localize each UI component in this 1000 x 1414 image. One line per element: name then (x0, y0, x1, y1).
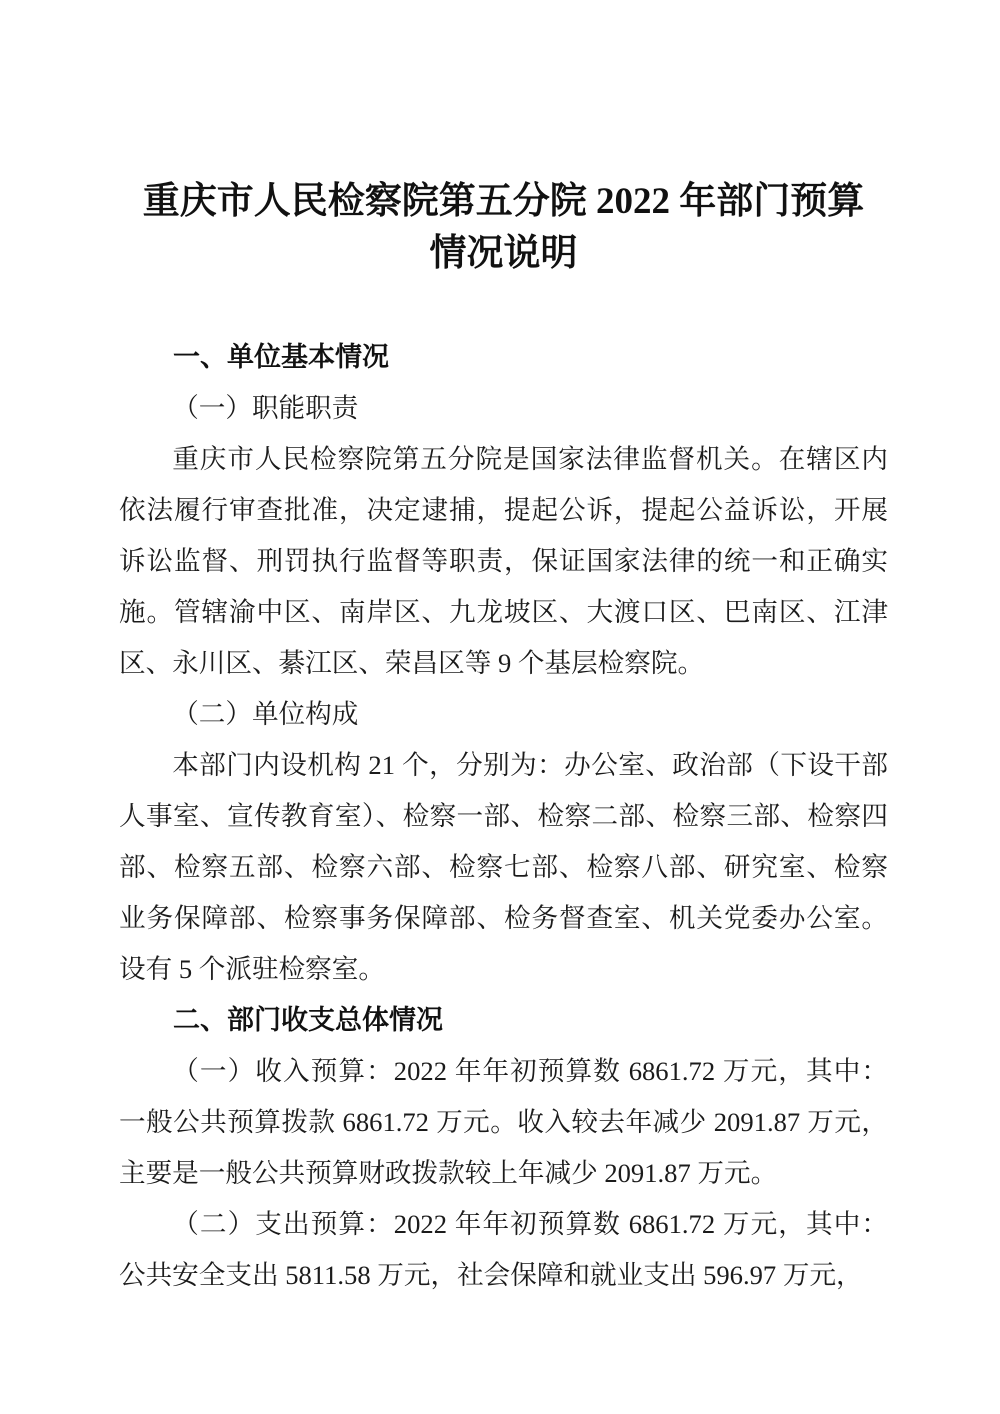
document-page: 重庆市人民检察院第五分院 2022 年部门预算 情况说明 一、单位基本情况 （一… (0, 0, 1000, 1414)
document-title: 重庆市人民检察院第五分院 2022 年部门预算 情况说明 (119, 176, 888, 280)
document-title-line1: 重庆市人民检察院第五分院 2022 年部门预算 (119, 176, 888, 228)
section-heading-unit-basic-info: 一、单位基本情况 (119, 332, 888, 383)
paragraph-expenditure-budget: （二）支出预算：2022 年年初预算数 6861.72 万元，其中：公共安全支出… (119, 1199, 888, 1301)
document-title-line2: 情况说明 (119, 228, 888, 280)
subheading-functions-duties: （一）职能职责 (119, 383, 888, 434)
subheading-unit-composition: （二）单位构成 (119, 689, 888, 740)
paragraph-revenue-budget: （一）收入预算：2022 年年初预算数 6861.72 万元，其中：一般公共预算… (119, 1046, 888, 1199)
paragraph-unit-composition: 本部门内设机构 21 个，分别为：办公室、政治部（下设干部人事室、宣传教育室）、… (119, 740, 888, 995)
paragraph-functions-duties: 重庆市人民检察院第五分院是国家法律监督机关。在辖区内依法履行审查批准，决定逮捕，… (119, 434, 888, 689)
section-heading-revenue-expenditure-overview: 二、部门收支总体情况 (119, 995, 888, 1046)
